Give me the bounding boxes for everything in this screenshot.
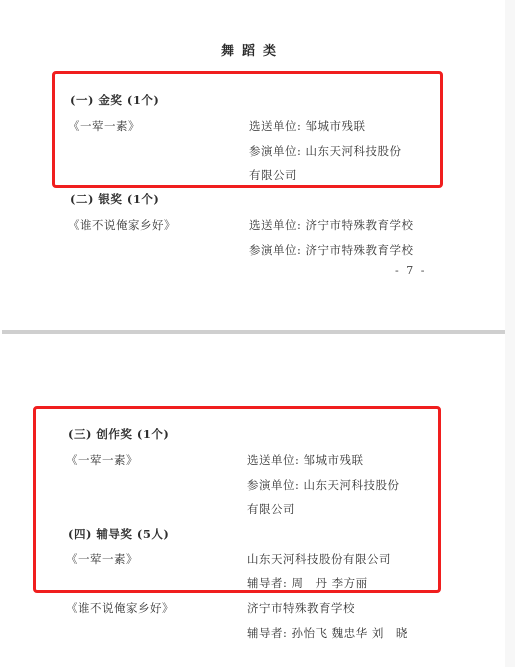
creation-work-title: 《一荤一素》 [66, 453, 138, 467]
mentor-entry-1-unit: 山东天河科技股份有限公司 [247, 552, 391, 566]
mentor-entry-1-mentors: 辅导者: 周 丹 李方丽 [247, 576, 368, 590]
page-number: - 7 - [395, 264, 426, 277]
document-page-8: (三) 创作奖 (1个) 《一荤一素》 选送单位: 邹城市残联 参演单位: 山东… [0, 336, 505, 667]
document-page-7: 舞蹈类 (一) 金奖 (1个) 《一荤一素》 选送单位: 邹城市残联 参演单位:… [0, 0, 505, 330]
silver-performing-unit: 参演单位: 济宁市特殊教育学校 [249, 243, 414, 257]
gold-work-title: 《一荤一素》 [68, 119, 140, 133]
gold-award-heading: (一) 金奖 (1个) [70, 93, 159, 107]
category-title: 舞蹈类 [0, 40, 505, 59]
silver-award-heading: (二) 银奖 (1个) [70, 192, 159, 206]
mentor-award-heading: (四) 辅导奖 (5人) [68, 527, 169, 541]
creation-award-heading: (三) 创作奖 (1个) [68, 427, 169, 441]
creation-performing-unit-line2: 有限公司 [247, 502, 295, 516]
gold-selecting-unit: 选送单位: 邹城市残联 [249, 119, 366, 133]
mentor-entry-2-work: 《谁不说俺家乡好》 [66, 601, 174, 615]
page-separator [2, 330, 505, 334]
creation-selecting-unit: 选送单位: 邹城市残联 [247, 453, 364, 467]
viewer-margin [505, 0, 515, 667]
silver-selecting-unit: 选送单位: 济宁市特殊教育学校 [249, 218, 414, 232]
mentor-entry-1-work: 《一荤一素》 [66, 552, 138, 566]
silver-work-title: 《谁不说俺家乡好》 [68, 218, 176, 232]
gold-performing-unit-line1: 参演单位: 山东天河科技股份 [249, 144, 402, 158]
mentor-entry-2-mentors: 辅导者: 孙怡飞 魏忠华 刘 晓 [247, 626, 408, 640]
gold-performing-unit-line2: 有限公司 [249, 168, 297, 182]
creation-performing-unit-line1: 参演单位: 山东天河科技股份 [247, 478, 400, 492]
mentor-entry-2-unit: 济宁市特殊教育学校 [247, 601, 355, 615]
